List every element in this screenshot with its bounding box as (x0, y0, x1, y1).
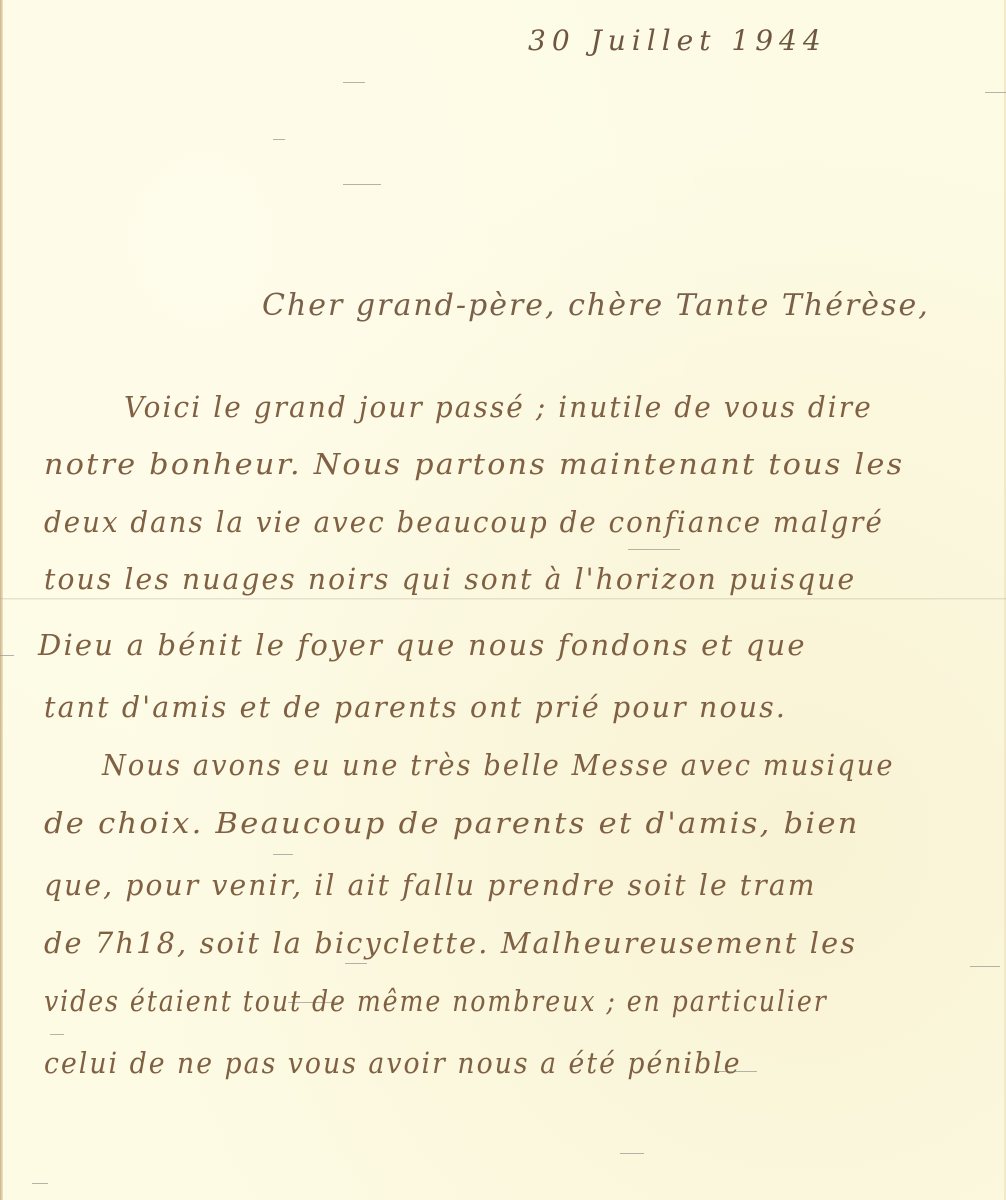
ruling-tick (345, 963, 367, 964)
letter-line: de choix. Beaucoup de parents et d'amis,… (44, 806, 860, 840)
paper-left-edge (0, 0, 3, 1200)
ruling-tick (273, 139, 285, 140)
ruling-tick (0, 655, 14, 656)
letter-line: celui de ne pas vous avoir nous a été pé… (44, 1046, 742, 1080)
paper-fold-line (0, 598, 1006, 600)
letter-line: tous les nuages noirs qui sont à l'horiz… (44, 562, 856, 596)
letter-line: vides étaient tout de même nombreux ; en… (44, 984, 828, 1018)
letter-line: de 7h18, soit la bicyclette. Malheureuse… (44, 926, 857, 960)
ruling-tick (628, 549, 680, 550)
ruling-tick (273, 854, 293, 855)
ruling-tick (50, 1034, 64, 1035)
letter-line: deux dans la vie avec beaucoup de confia… (44, 505, 884, 539)
ruling-tick (32, 1183, 48, 1184)
ruling-tick (343, 82, 365, 83)
letter-line: Nous avons eu une très belle Messe avec … (102, 748, 895, 782)
letter-line: tant d'amis et de parents ont prié pour … (44, 690, 787, 724)
ruling-tick (985, 92, 1006, 93)
ruling-tick (970, 966, 1000, 967)
letter-line: notre bonheur. Nous partons maintenant t… (44, 447, 904, 481)
ruling-tick (343, 184, 381, 185)
ruling-tick (620, 1153, 644, 1154)
letter-salutation: Cher grand-père, chère Tante Thérèse, (262, 288, 930, 323)
letter-date: 30 Juillet 1944 (528, 24, 827, 57)
letter-paper: 30 Juillet 1944 Cher grand-père, chère T… (0, 0, 1006, 1200)
letter-line: Voici le grand jour passé ; inutile de v… (124, 390, 873, 424)
letter-line: que, pour venir, il ait fallu prendre so… (44, 868, 817, 902)
letter-line: Dieu a bénit le foyer que nous fondons e… (38, 628, 807, 662)
